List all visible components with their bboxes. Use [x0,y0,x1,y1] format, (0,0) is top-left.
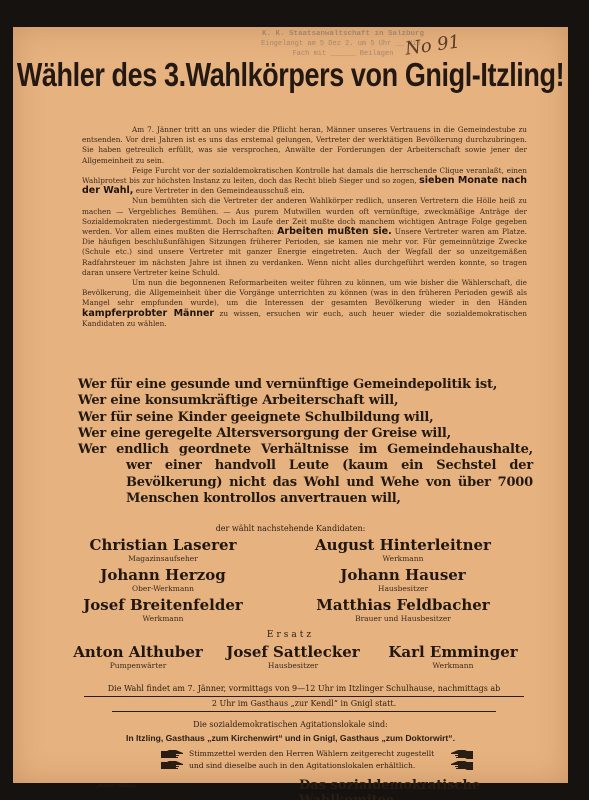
election-info-line-1: Die Wahl findet am 7. Jänner, vormittags… [84,682,524,697]
appeal-line: Wer eine konsumkräftige Arbeiterschaft w… [78,393,533,409]
candidate-occupation: Werkmann [303,554,503,563]
appeal-line: Wer für seine Kinder geeignete Schulbild… [78,410,533,426]
substitute-name: Karl Emminger [373,644,533,661]
candidate: Johann Herzog Ober-Werkmann [63,567,263,593]
pointing-hand-right-icon [161,750,183,758]
candidate-occupation: Werkmann [63,614,263,623]
substitute-occupation: Hausbesitzer [213,661,373,670]
substitute-name: Anton Althuber [58,644,218,661]
agitation-locations: In Itzling, Gasthaus „zum Kirchenwirt“ u… [13,733,568,743]
substitute-name: Josef Sattlecker [213,644,373,661]
substitute: Josef Sattlecker Hausbesitzer [213,644,373,670]
notice-row: und sind dieselbe auch in den Agitations… [161,760,473,772]
text-run: eure Vertreter in den Gemeindeausschuß e… [133,186,304,195]
appeal-list: Wer für eine gesunde und vernünftige Gem… [78,377,533,507]
agitation-intro: Die sozialdemokratischen Agitationslokal… [13,720,568,729]
notice-text: Stimmzettel werden den Herren Wählern ze… [183,748,451,760]
substitute-occupation: Werkmann [373,661,533,670]
appeal-line: Wer endlich geordnete Verhältnisse im Ge… [78,442,533,507]
paragraph-4: Um nun die begonnenen Reformarbeiten wei… [82,278,527,329]
printer-imprint: „Zensur“ Salzburg [96,783,136,788]
appeal-line: Wer eine geregelte Altersversorgung der … [78,426,533,442]
candidate: Johann Hauser Hausbesitzer [303,567,503,593]
candidate-occupation: Ober-Werkmann [63,584,263,593]
signature: Das sozialdemokratische Wahlkomitee. [299,778,568,800]
paragraph-2: Feige Furcht vor der sozialdemokratische… [82,166,527,197]
candidate-occupation: Magazinsaufseher [63,554,263,563]
text-run: Um nun die begonnenen Reformarbeiten wei… [82,278,527,307]
candidate-name: Matthias Feldbacher [303,597,503,614]
substitute-occupation: Pumpenwärter [58,661,218,670]
candidate: Matthias Feldbacher Brauer und Hausbesit… [303,597,503,623]
candidate: August Hinterleitner Werkmann [303,537,503,563]
poster-sheet: K. K. Staatsanwaltschaft in Salzburg Ein… [13,27,568,783]
pointing-hand-left-icon [451,750,473,758]
notice-row: Stimmzettel werden den Herren Wählern ze… [161,748,473,760]
candidate-name: Josef Breitenfelder [63,597,263,614]
paragraph-1: Am 7. Jänner tritt an uns wieder die Pfl… [82,125,527,166]
substitute: Anton Althuber Pumpenwärter [58,644,218,670]
candidate-name: Christian Laserer [63,537,263,554]
notice-text: und sind dieselbe auch in den Agitations… [183,760,451,772]
candidate: Josef Breitenfelder Werkmann [63,597,263,623]
candidate-name: Johann Herzog [63,567,263,584]
pointing-hand-right-icon [161,761,183,769]
emphasis-text: Arbeiten mußten sie. [277,226,392,237]
candidate-name: August Hinterleitner [303,537,503,554]
notices: Stimmzettel werden den Herren Wählern ze… [161,748,473,771]
pointing-hand-left-icon [451,761,473,769]
paragraph-3: Nun bemühten sich die Vertreter der ande… [82,196,527,278]
candidate-occupation: Hausbesitzer [303,584,503,593]
candidate-occupation: Brauer und Hausbesitzer [303,614,503,623]
candidates-intro: der wählt nachstehende Kandidaten: [13,524,568,533]
appeal-line: Wer für eine gesunde und vernünftige Gem… [78,377,533,393]
poster-title: Wähler des 3.Wahlkörpers von Gnigl-Itzli… [13,56,568,95]
emphasis-text: kampferprobter Männer [82,308,214,319]
election-info-line-2: 2 Uhr im Gasthaus „zur Kendl“ in Gnigl s… [112,697,496,712]
substitutes-label: Ersatz [13,630,568,640]
candidate: Christian Laserer Magazinsaufseher [63,537,263,563]
substitute: Karl Emminger Werkmann [373,644,533,670]
election-info: Die Wahl findet am 7. Jänner, vormittags… [84,682,524,712]
body-text: Am 7. Jänner tritt an uns wieder die Pfl… [82,125,527,329]
candidate-name: Johann Hauser [303,567,503,584]
